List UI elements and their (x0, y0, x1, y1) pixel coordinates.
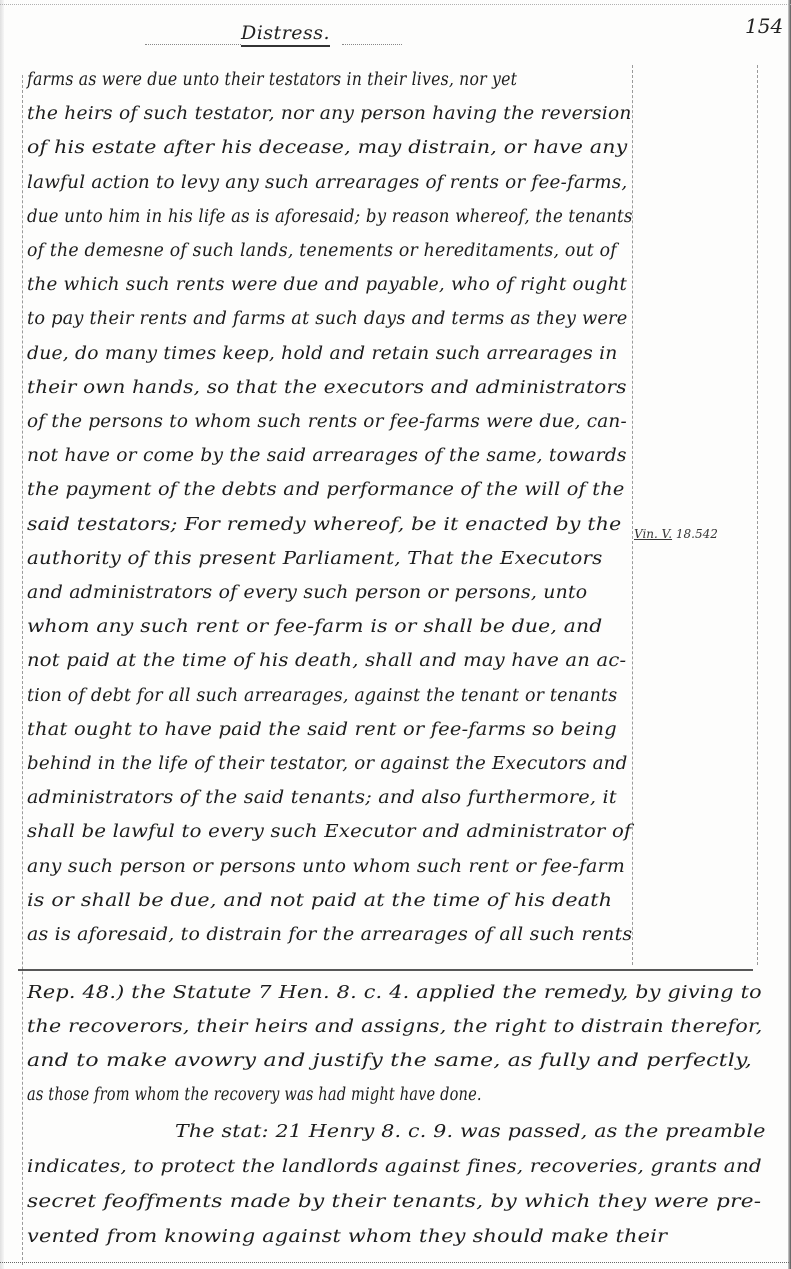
manuscript-line: their own hands, so that the executors a… (27, 378, 627, 398)
right-margin-rule (757, 65, 758, 965)
manuscript-line: shall be lawful to every such Executor a… (27, 822, 631, 842)
scan-left-edge (0, 0, 4, 1269)
manuscript-line: of the persons to whom such rents or fee… (27, 412, 627, 432)
manuscript-line: the recoverors, their heirs and assigns,… (27, 1017, 763, 1037)
manuscript-line: behind in the life of their testator, or… (27, 754, 628, 774)
left-margin-rule (22, 75, 23, 1265)
margin-note: Vin. V. 18.542 (634, 527, 718, 541)
manuscript-line: indicates, to protect the landlords agai… (27, 1157, 762, 1177)
bottom-scan-line (0, 1262, 791, 1263)
manuscript-line: that ought to have paid the said rent or… (27, 720, 617, 740)
manuscript-line: due, do many times keep, hold and retain… (27, 344, 618, 364)
manuscript-line: as those from whom the recovery was had … (27, 1085, 482, 1105)
manuscript-line: any such person or persons unto whom suc… (27, 857, 625, 877)
manuscript-line: of his estate after his decease, may dis… (27, 138, 628, 158)
page-title: Distress. (241, 22, 330, 47)
margin-note-ref: Vin. V. (634, 527, 672, 541)
manuscript-line: said testators; For remedy whereof, be i… (27, 515, 621, 535)
manuscript-line: not paid at the time of his death, shall… (27, 651, 626, 671)
manuscript-line: vented from knowing against whom they sh… (27, 1227, 667, 1247)
manuscript-line: administrators of the said tenants; and … (27, 788, 617, 808)
manuscript-line: the payment of the debts and performance… (27, 480, 624, 500)
manuscript-line: The stat: 21 Henry 8. c. 9. was passed, … (175, 1122, 766, 1142)
margin-note-detail: 18.542 (676, 527, 718, 541)
manuscript-line: authority of this present Parliament, Th… (27, 549, 603, 569)
manuscript-line: lawful action to levy any such arrearage… (27, 173, 627, 193)
manuscript-line: the heirs of such testator, nor any pers… (27, 104, 632, 124)
manuscript-line: secret feoffments made by their tenants,… (27, 1192, 761, 1212)
manuscript-line: the which such rents were due and payabl… (27, 275, 627, 295)
manuscript-line: due unto him in his life as is aforesaid… (27, 207, 633, 227)
manuscript-line: as is aforesaid, to distrain for the arr… (27, 925, 632, 945)
top-scan-line (0, 4, 791, 5)
manuscript-line: is or shall be due, and not paid at the … (27, 891, 612, 911)
title-leader-left (145, 44, 241, 45)
margin-column-rule (632, 65, 633, 965)
page-number: 154 (745, 14, 783, 38)
manuscript-line: to pay their rents and farms at such day… (27, 309, 627, 329)
title-leader-right (342, 44, 402, 45)
manuscript-line: whom any such rent or fee-farm is or sha… (27, 617, 602, 637)
manuscript-line: and to make avowry and justify the same,… (27, 1051, 752, 1071)
manuscript-line: farms as were due unto their testators i… (27, 70, 517, 90)
manuscript-line: of the demesne of such lands, tenements … (27, 241, 617, 261)
manuscript-line: and administrators of every such person … (27, 583, 587, 603)
manuscript-page: Distress. 154 farms as were due unto the… (0, 0, 791, 1269)
manuscript-line: Rep. 48.) the Statute 7 Hen. 8. c. 4. ap… (27, 983, 762, 1003)
manuscript-line: not have or come by the said arrearages … (27, 446, 627, 466)
manuscript-line: tion of debt for all such arrearages, ag… (27, 686, 617, 706)
section-separator (18, 969, 753, 971)
